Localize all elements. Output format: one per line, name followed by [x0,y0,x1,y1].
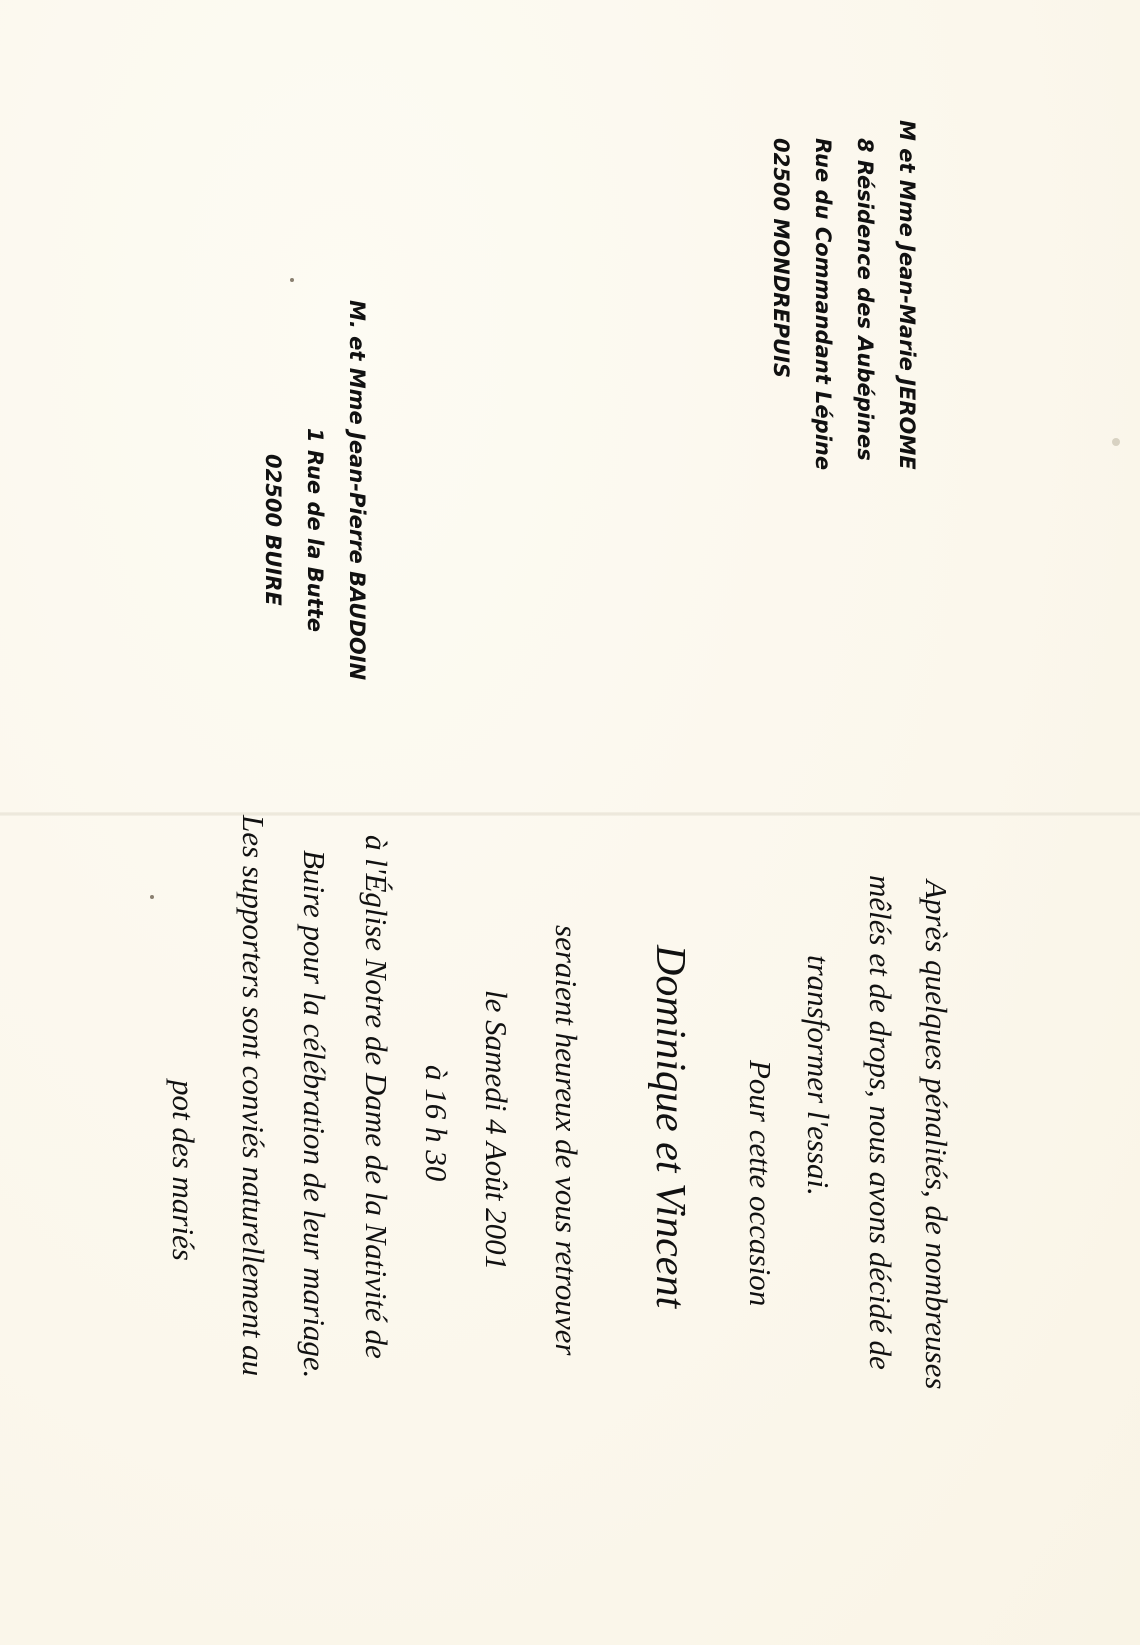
wedding-time: à 16 h 30 [418,1065,454,1181]
invitation-line: Pour cette occasion [742,1060,778,1306]
card-fold-line [0,812,1140,816]
address-line: Rue du Commandant Lépine [802,120,844,470]
invitation-line: Après quelques pénalités, de nombreuses [918,880,954,1389]
address-line: 02500 BUIRE [252,300,294,680]
address-line: 8 Résidence des Aubépines [844,120,886,470]
address-line: 02500 MONDREPUIS [760,120,802,470]
invitation-line: seraient heureux de vous retrouver [548,925,584,1355]
invitation-card [0,0,1140,1645]
address-line: M et Mme Jean-Marie JEROME [886,120,928,470]
address-line: 1 Rue de la Butte [294,300,336,680]
invitation-line: pot des mariés [165,1080,201,1261]
invitation-line: Buire pour la célébration de leur mariag… [296,850,332,1378]
invitation-line: Les supporters sont conviés naturellemen… [235,815,271,1376]
invitation-line: transformer l'essai. [800,955,836,1196]
paper-speck [150,895,154,899]
paper-dent [1112,438,1120,446]
sender-address-baudoin: M. et Mme Jean-Pierre BAUDOIN 1 Rue de l… [252,300,378,680]
sender-address-jerome: M et Mme Jean-Marie JEROME 8 Résidence d… [760,120,928,470]
paper-speck [290,278,294,282]
couple-names: Dominique et Vincent [646,945,694,1308]
wedding-date: le Samedi 4 Août 2001 [478,990,514,1270]
address-line: M. et Mme Jean-Pierre BAUDOIN [336,300,378,680]
church-line: à l'Église Notre de Dame de la Nativité … [358,835,394,1359]
invitation-line: mêlés et de drops, nous avons décidé de [862,875,898,1370]
